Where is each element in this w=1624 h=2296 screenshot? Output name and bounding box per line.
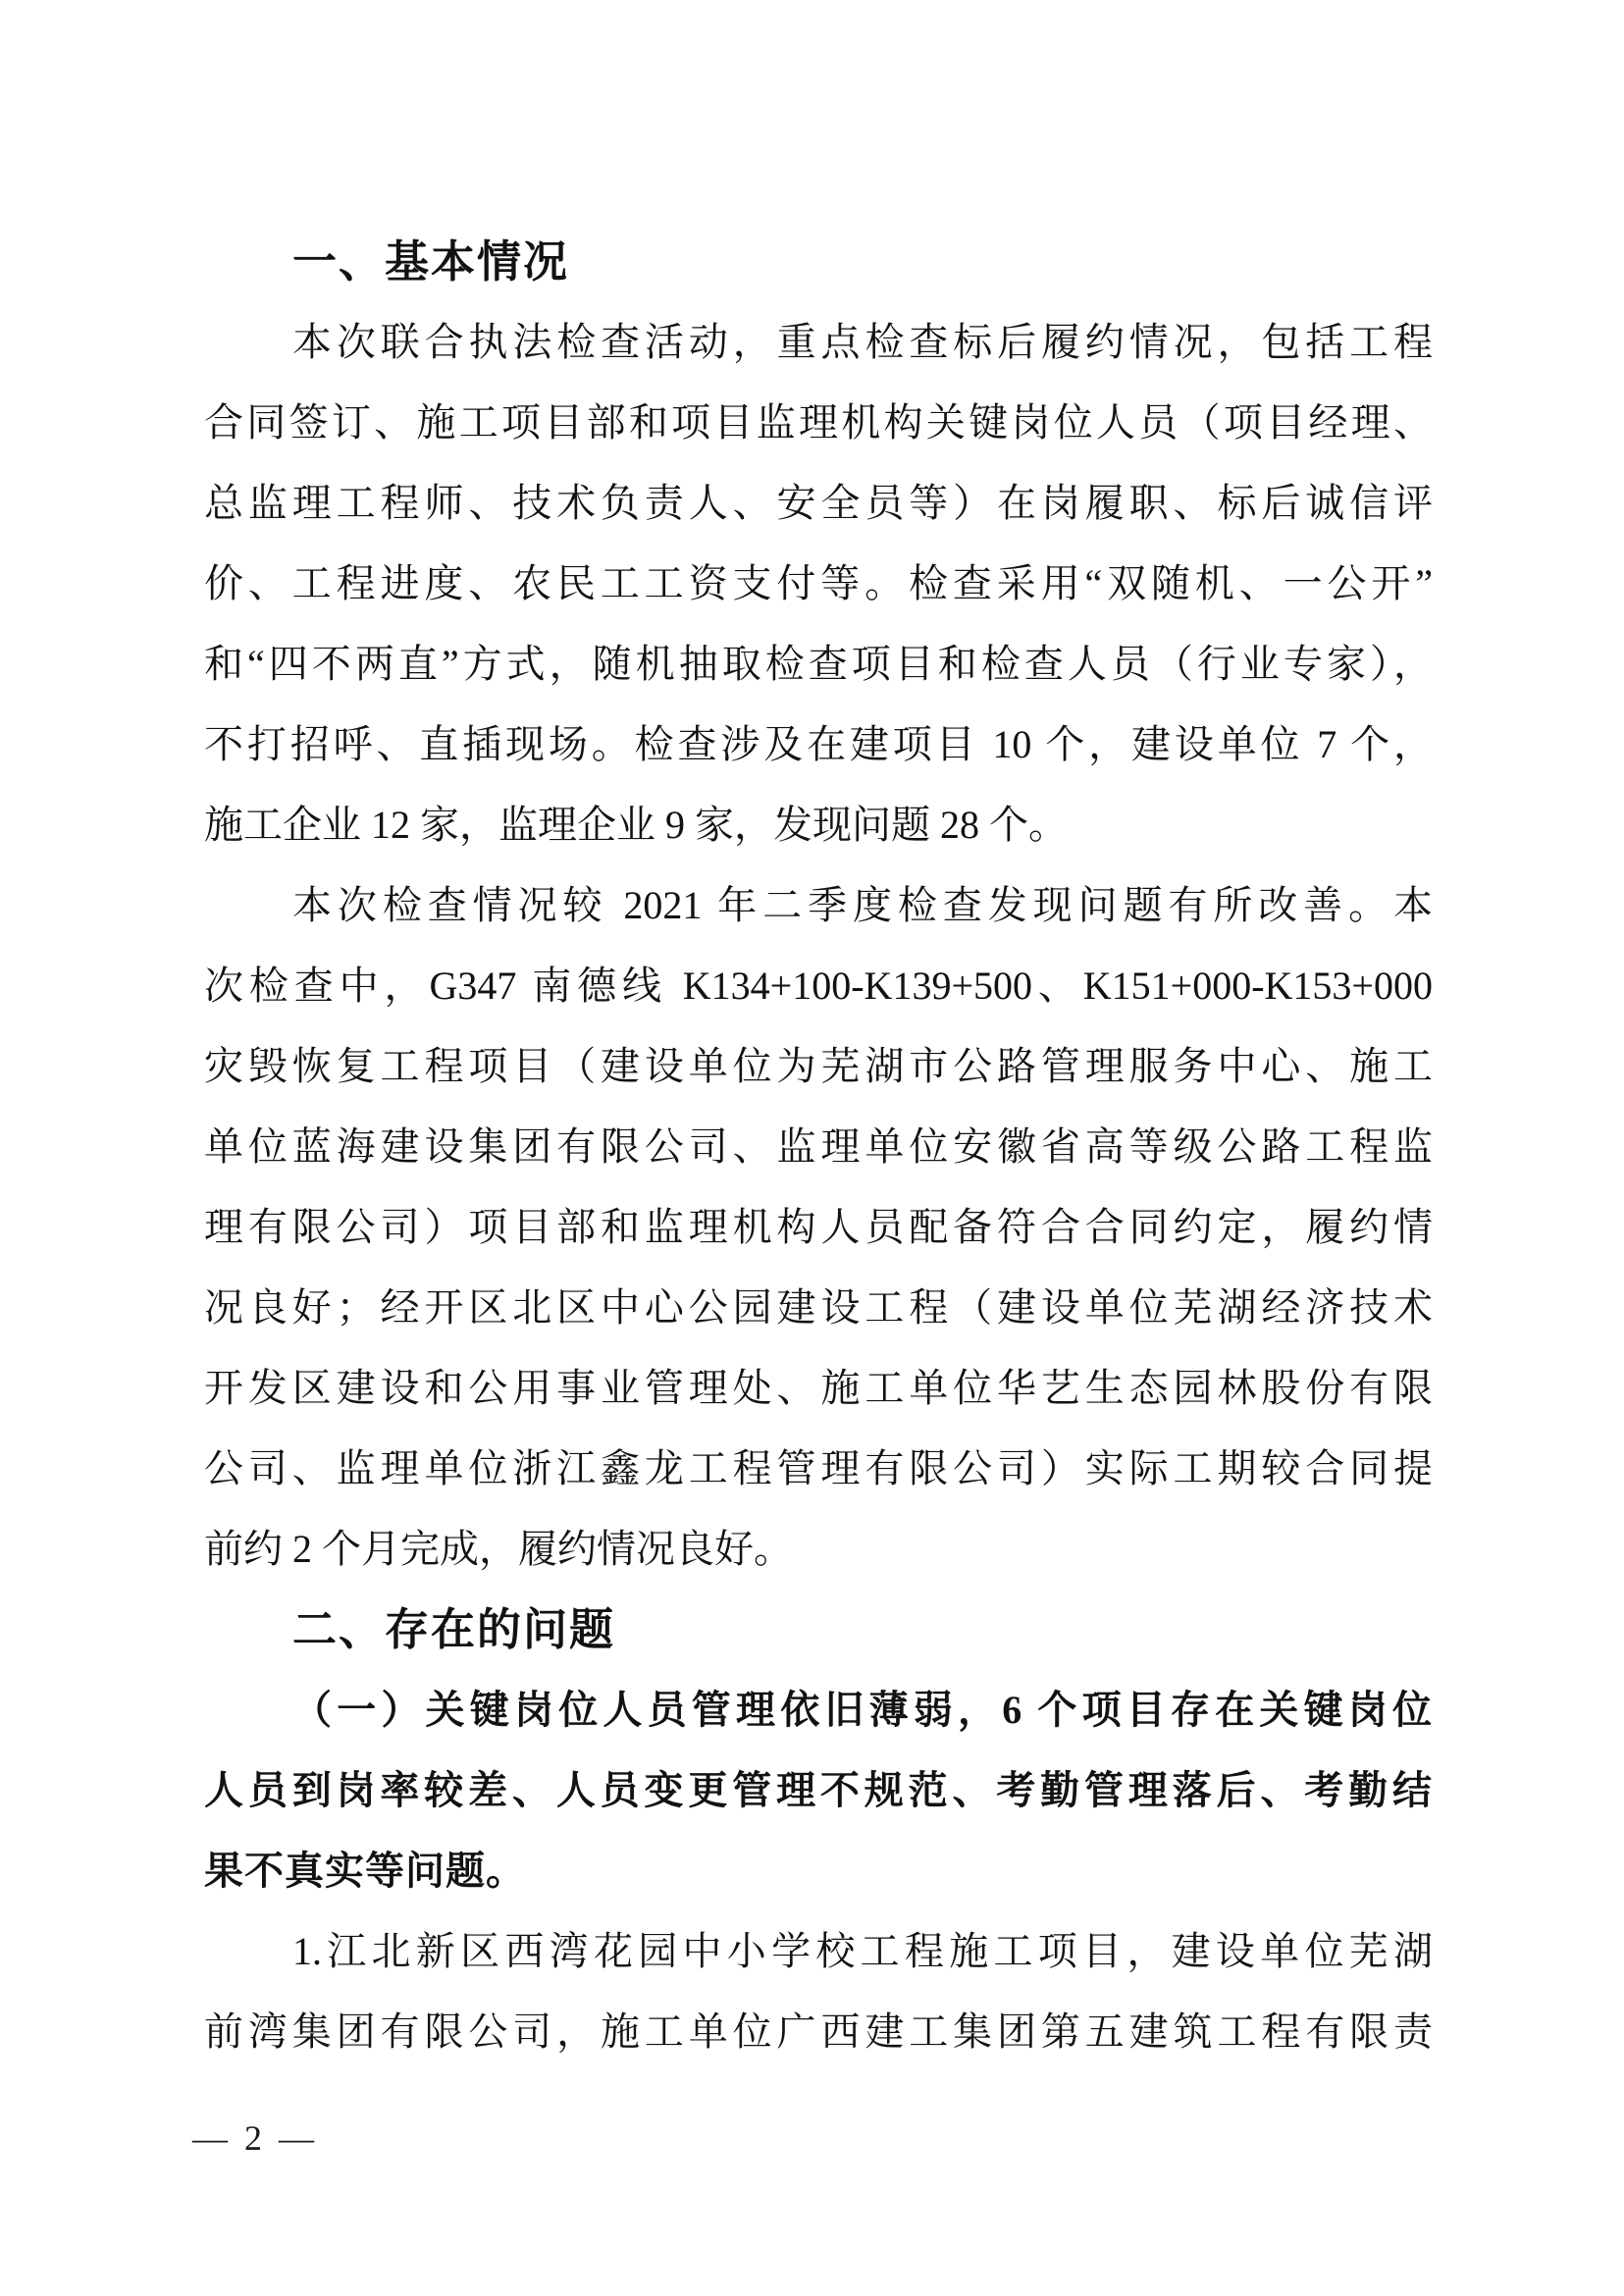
text-line: 果不真实等问题。 <box>204 1831 1433 1911</box>
text-line: 本次检查情况较 2021 年二季度检查发现问题有所改善。本 <box>204 865 1433 946</box>
text-line: （一）关键岗位人员管理依旧薄弱，6 个项目存在关键岗位 <box>204 1670 1433 1750</box>
section-heading-1: 一、基本情况 <box>204 222 1433 302</box>
text-line: 次检查中，G347 南德线 K134+100-K139+500、K151+000… <box>204 946 1433 1026</box>
text-line: 况良好；经开区北区中心公园建设工程（建设单位芜湖经济技术 <box>204 1268 1433 1348</box>
text-line: 1.江北新区西湾花园中小学校工程施工项目，建设单位芜湖 <box>204 1911 1433 1992</box>
section-heading-2: 二、存在的问题 <box>204 1590 1433 1670</box>
text-line: 前湾集团有限公司，施工单位广西建工集团第五建筑工程有限责 <box>204 1992 1433 2072</box>
text-line: 人员到岗率较差、人员变更管理不规范、考勤管理落后、考勤结 <box>204 1750 1433 1831</box>
text-line: 本次联合执法检查活动，重点检查标后履约情况，包括工程 <box>204 302 1433 383</box>
text-line: 公司、监理单位浙江鑫龙工程管理有限公司）实际工期较合同提 <box>204 1429 1433 1509</box>
text-line: 总监理工程师、技术负责人、安全员等）在岗履职、标后诚信评 <box>204 463 1433 544</box>
text-line: 单位蓝海建设集团有限公司、监理单位安徽省高等级公路工程监 <box>204 1107 1433 1187</box>
text-line: 灾毁恢复工程项目（建设单位为芜湖市公路管理服务中心、施工 <box>204 1026 1433 1107</box>
document-body: 一、基本情况本次联合执法检查活动，重点检查标后履约情况，包括工程合同签订、施工项… <box>204 222 1433 2072</box>
text-line: 前约 2 个月完成，履约情况良好。 <box>204 1509 1433 1590</box>
text-line: 价、工程进度、农民工工资支付等。检查采用“双随机、一公开” <box>204 544 1433 624</box>
text-line: 合同签订、施工项目部和项目监理机构关键岗位人员（项目经理、 <box>204 383 1433 463</box>
text-line: 和“四不两直”方式，随机抽取检查项目和检查人员（行业专家）， <box>204 624 1433 704</box>
text-line: 不打招呼、直插现场。检查涉及在建项目 10 个，建设单位 7 个， <box>204 704 1433 785</box>
page-number: — 2 — <box>192 2117 318 2159</box>
text-line: 施工企业 12 家，监理企业 9 家，发现问题 28 个。 <box>204 785 1433 865</box>
document-page: 一、基本情况本次联合执法检查活动，重点检查标后履约情况，包括工程合同签订、施工项… <box>0 0 1624 2296</box>
text-line: 开发区建设和公用事业管理处、施工单位华艺生态园林股份有限 <box>204 1348 1433 1429</box>
text-line: 理有限公司）项目部和监理机构人员配备符合合同约定，履约情 <box>204 1187 1433 1268</box>
